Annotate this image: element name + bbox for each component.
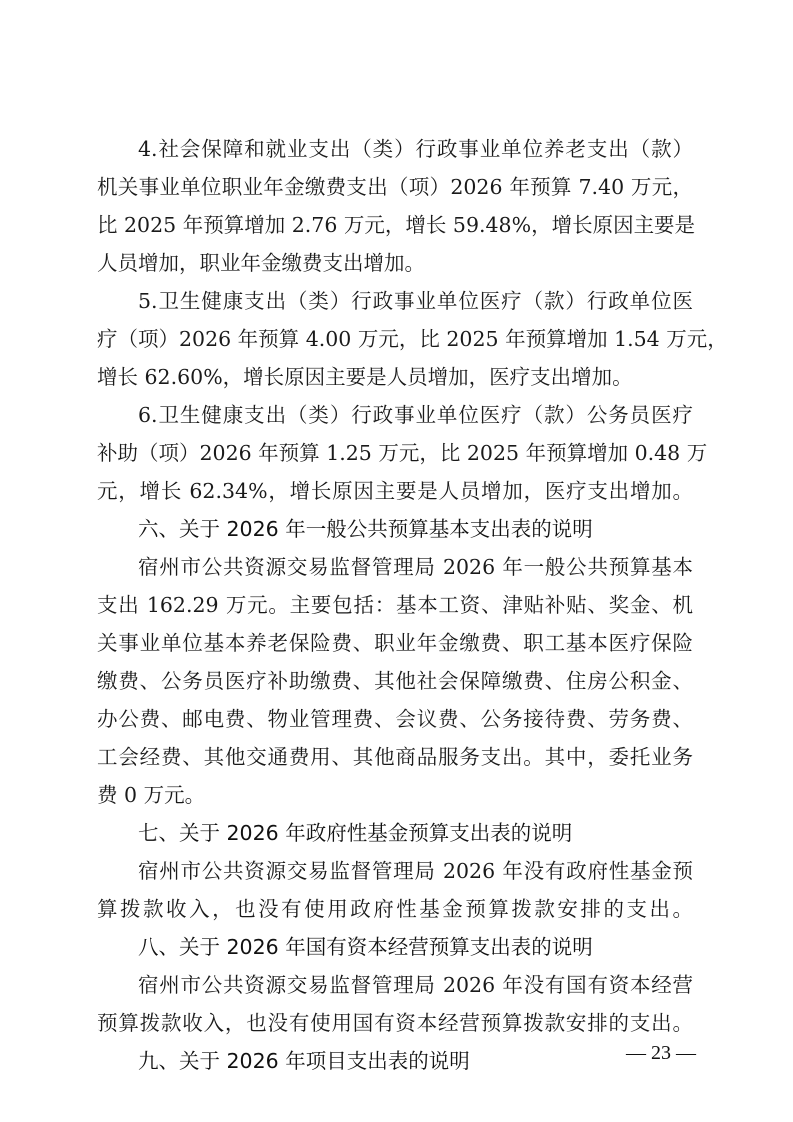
section-heading-7: 七、关于 2026 年政府性基金预算支出表的说明 (138, 814, 572, 852)
paragraph-line: 预算拨款收入，也没有使用国有资本经营预算拨款安排的支出。 (97, 1004, 693, 1042)
paragraph-line: 宿州市公共资源交易监督管理局 2026 年没有政府性基金预 (138, 852, 693, 890)
section-heading-6: 六、关于 2026 年一般公共预算基本支出表的说明 (138, 510, 593, 548)
paragraph-line: 缴费、公务员医疗补助缴费、其他社会保障缴费、住房公积金、 (97, 662, 693, 700)
paragraph-line: 人员增加，职业年金缴费支出增加。 (97, 244, 693, 282)
paragraph-line: 机关事业单位职业年金缴费支出（项）2026 年预算 7.40 万元， (97, 168, 693, 206)
paragraph-line: 增长 62.60%，增长原因主要是人员增加，医疗支出增加。 (97, 358, 693, 396)
paragraph-line: 费 0 万元。 (97, 776, 693, 814)
paragraph-line: 关事业单位基本养老保险费、职业年金缴费、职工基本医疗保险 (97, 624, 693, 662)
paragraph-line: 支出 162.29 万元。主要包括：基本工资、津贴补贴、奖金、机 (97, 586, 693, 624)
paragraph-line: 比 2025 年预算增加 2.76 万元，增长 59.48%，增长原因主要是 (97, 206, 693, 244)
paragraph-line: 算拨款收入，也没有使用政府性基金预算拨款安排的支出。 (97, 890, 693, 928)
paragraph-line: 宿州市公共资源交易监督管理局 2026 年一般公共预算基本 (138, 548, 693, 586)
section-heading-8: 八、关于 2026 年国有资本经营预算支出表的说明 (138, 928, 593, 966)
section-heading-9: 九、关于 2026 年项目支出表的说明 (138, 1042, 470, 1080)
paragraph-line: 办公费、邮电费、物业管理费、会议费、公务接待费、劳务费、 (97, 700, 693, 738)
paragraph-line: 元，增长 62.34%，增长原因主要是人员增加，医疗支出增加。 (97, 472, 693, 510)
paragraph-line: 疗（项）2026 年预算 4.00 万元，比 2025 年预算增加 1.54 万… (97, 320, 693, 358)
paragraph-line: 5.卫生健康支出（类）行政事业单位医疗（款）行政单位医 (138, 282, 693, 320)
paragraph-line: 4.社会保障和就业支出（类）行政事业单位养老支出（款） (138, 130, 693, 168)
paragraph-line: 宿州市公共资源交易监督管理局 2026 年没有国有资本经营 (138, 966, 693, 1004)
paragraph-line: 补助（项）2026 年预算 1.25 万元，比 2025 年预算增加 0.48 … (97, 434, 693, 472)
paragraph-line: 6.卫生健康支出（类）行政事业单位医疗（款）公务员医疗 (138, 396, 693, 434)
paragraph-line: 工会经费、其他交通费用、其他商品服务支出。其中，委托业务 (97, 738, 693, 776)
page-number: — 23 — (626, 1042, 696, 1065)
